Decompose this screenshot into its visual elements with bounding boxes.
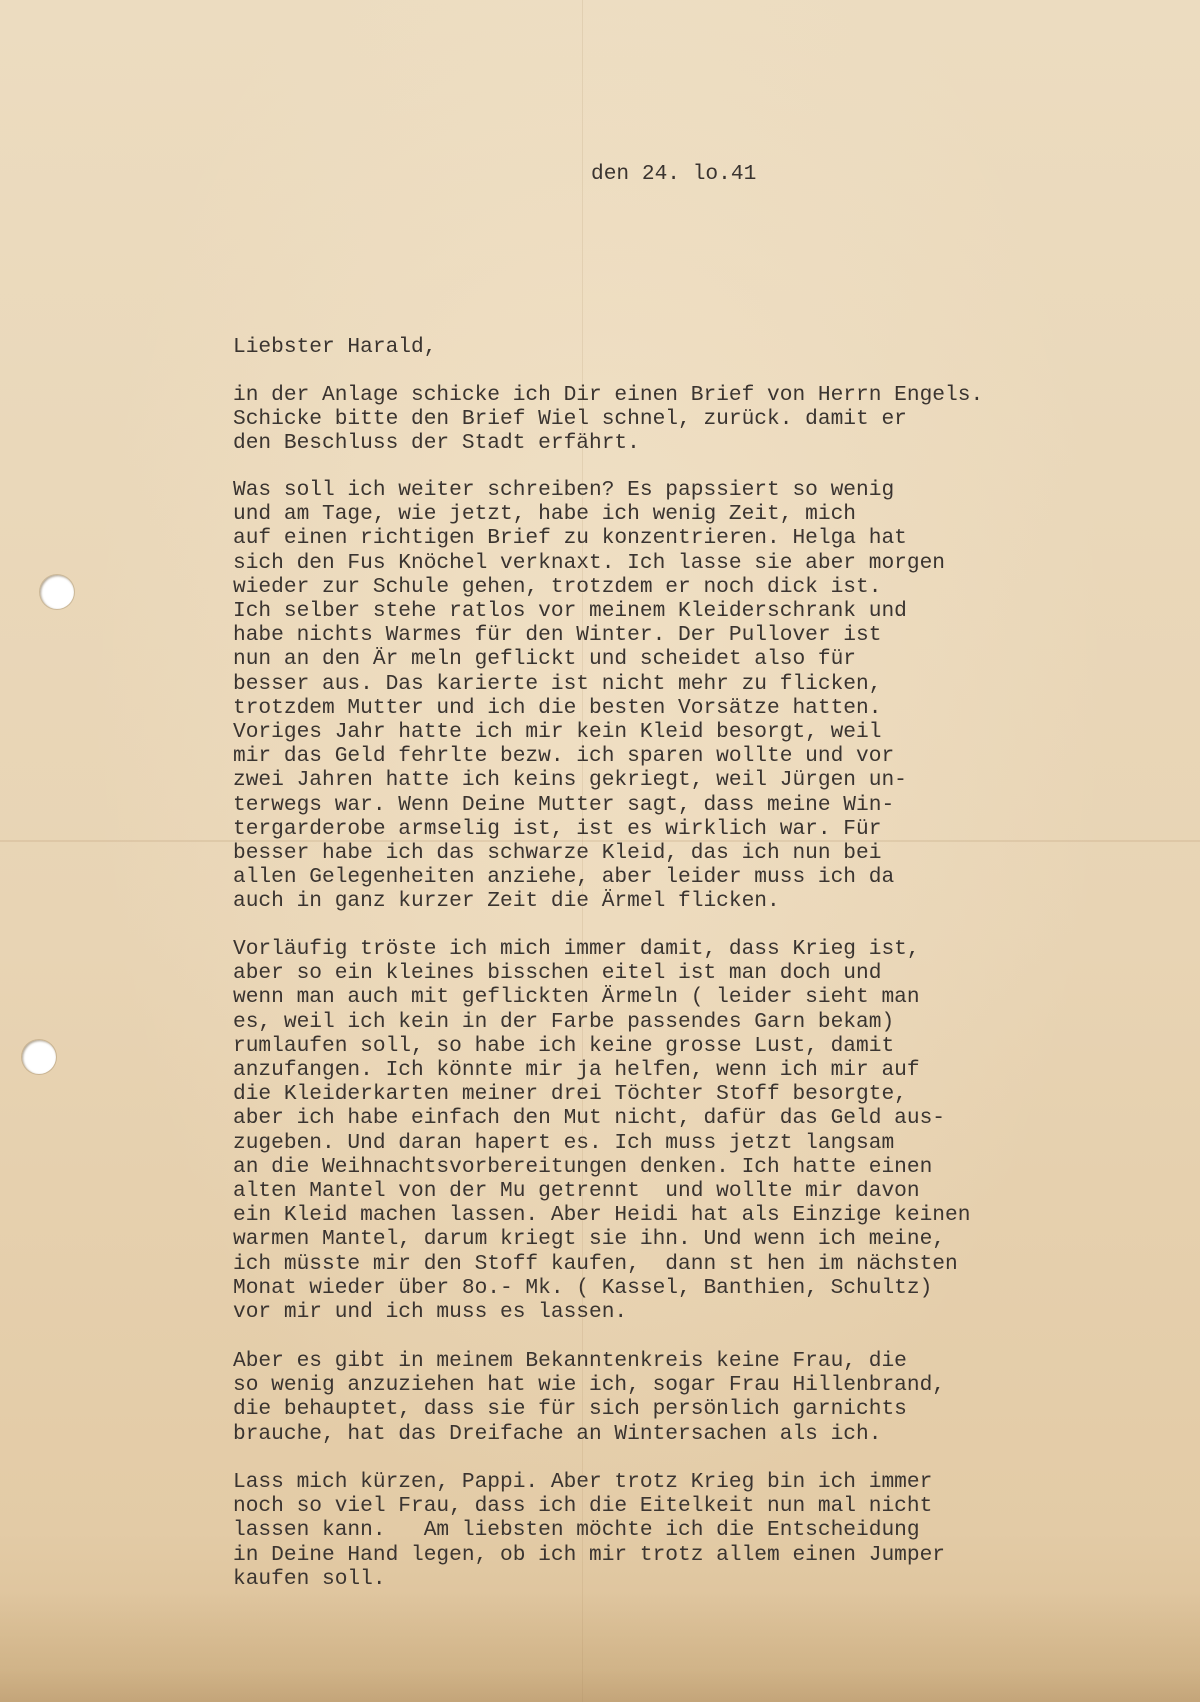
- text-line: an die Weihnachtsvorbereitungen denken. …: [233, 1155, 970, 1179]
- text-line: tergarderobe armselig ist, ist es wirkli…: [233, 817, 945, 841]
- text-line: brauche, hat das Dreifache an Wintersach…: [233, 1422, 945, 1446]
- letter-salutation: Liebster Harald,: [233, 335, 436, 359]
- text-line: mir das Geld fehrlte bezw. ich sparen wo…: [233, 744, 945, 768]
- text-line: Lass mich kürzen, Pappi. Aber trotz Krie…: [233, 1470, 945, 1494]
- text-line: Schicke bitte den Brief Wiel schnel, zur…: [233, 407, 983, 431]
- text-line: die behauptet, dass sie für sich persönl…: [233, 1397, 945, 1421]
- text-line: die Kleiderkarten meiner drei Töchter St…: [233, 1082, 970, 1106]
- letter-date: den 24. lo.41: [591, 162, 756, 186]
- text-line: vor mir und ich muss es lassen.: [233, 1300, 970, 1324]
- paragraph: in der Anlage schicke ich Dir einen Brie…: [233, 383, 983, 456]
- paragraph: Aber es gibt in meinem Bekanntenkreis ke…: [233, 1349, 945, 1446]
- text-line: kaufen soll.: [233, 1567, 945, 1591]
- paragraph: Vorläufig tröste ich mich immer damit, d…: [233, 937, 970, 1324]
- text-line: wieder zur Schule gehen, trotzdem er noc…: [233, 575, 945, 599]
- text-line: Was soll ich weiter schreiben? Es papssi…: [233, 478, 945, 502]
- text-line: rumlaufen soll, so habe ich keine grosse…: [233, 1034, 970, 1058]
- text-line: lassen kann. Am liebsten möchte ich die …: [233, 1518, 945, 1542]
- text-line: in der Anlage schicke ich Dir einen Brie…: [233, 383, 983, 407]
- text-line: den Beschluss der Stadt erfährt.: [233, 431, 983, 455]
- text-line: besser aus. Das karierte ist nicht mehr …: [233, 672, 945, 696]
- text-line: alten Mantel von der Mu getrennt und wol…: [233, 1179, 970, 1203]
- text-line: nun an den Är meln geflickt und scheidet…: [233, 647, 945, 671]
- text-line: allen Gelegenheiten anziehe, aber leider…: [233, 865, 945, 889]
- text-line: ein Kleid machen lassen. Aber Heidi hat …: [233, 1203, 970, 1227]
- paragraph: Was soll ich weiter schreiben? Es papssi…: [233, 478, 945, 914]
- text-line: auf einen richtigen Brief zu konzentrier…: [233, 526, 945, 550]
- text-line: warmen Mantel, darum kriegt sie ihn. Und…: [233, 1227, 970, 1251]
- text-line: auch in ganz kurzer Zeit die Ärmel flick…: [233, 889, 945, 913]
- text-line: trotzdem Mutter und ich die besten Vorsä…: [233, 696, 945, 720]
- text-line: so wenig anzuziehen hat wie ich, sogar F…: [233, 1373, 945, 1397]
- text-line: ich müsste mir den Stoff kaufen, dann st…: [233, 1252, 970, 1276]
- text-line: noch so viel Frau, dass ich die Eitelkei…: [233, 1494, 945, 1518]
- text-line: in Deine Hand legen, ob ich mir trotz al…: [233, 1543, 945, 1567]
- text-line: es, weil ich kein in der Farbe passendes…: [233, 1010, 970, 1034]
- text-line: Ich selber stehe ratlos vor meinem Kleid…: [233, 599, 945, 623]
- text-line: besser habe ich das schwarze Kleid, das …: [233, 841, 945, 865]
- text-line: aber so ein kleines bisschen eitel ist m…: [233, 961, 970, 985]
- text-line: wenn man auch mit geflickten Ärmeln ( le…: [233, 985, 970, 1009]
- text-line: terwegs war. Wenn Deine Mutter sagt, das…: [233, 793, 945, 817]
- text-line: Aber es gibt in meinem Bekanntenkreis ke…: [233, 1349, 945, 1373]
- paragraph: Lass mich kürzen, Pappi. Aber trotz Krie…: [233, 1470, 945, 1591]
- text-line: anzufangen. Ich könnte mir ja helfen, we…: [233, 1058, 970, 1082]
- text-line: habe nichts Warmes für den Winter. Der P…: [233, 623, 945, 647]
- text-line: Monat wieder über 8o.- Mk. ( Kassel, Ban…: [233, 1276, 970, 1300]
- letter-paper: den 24. lo.41 Liebster Harald, in der An…: [0, 0, 1200, 1702]
- text-line: und am Tage, wie jetzt, habe ich wenig Z…: [233, 502, 945, 526]
- text-line: Vorläufig tröste ich mich immer damit, d…: [233, 937, 970, 961]
- text-line: Voriges Jahr hatte ich mir kein Kleid be…: [233, 720, 945, 744]
- text-line: sich den Fus Knöchel verknaxt. Ich lasse…: [233, 551, 945, 575]
- punch-hole: [40, 575, 74, 609]
- punch-hole: [22, 1040, 56, 1074]
- text-line: zwei Jahren hatte ich keins gekriegt, we…: [233, 768, 945, 792]
- text-line: zugeben. Und daran hapert es. Ich muss j…: [233, 1131, 970, 1155]
- paper-stain: [0, 1592, 1200, 1702]
- text-line: aber ich habe einfach den Mut nicht, daf…: [233, 1106, 970, 1130]
